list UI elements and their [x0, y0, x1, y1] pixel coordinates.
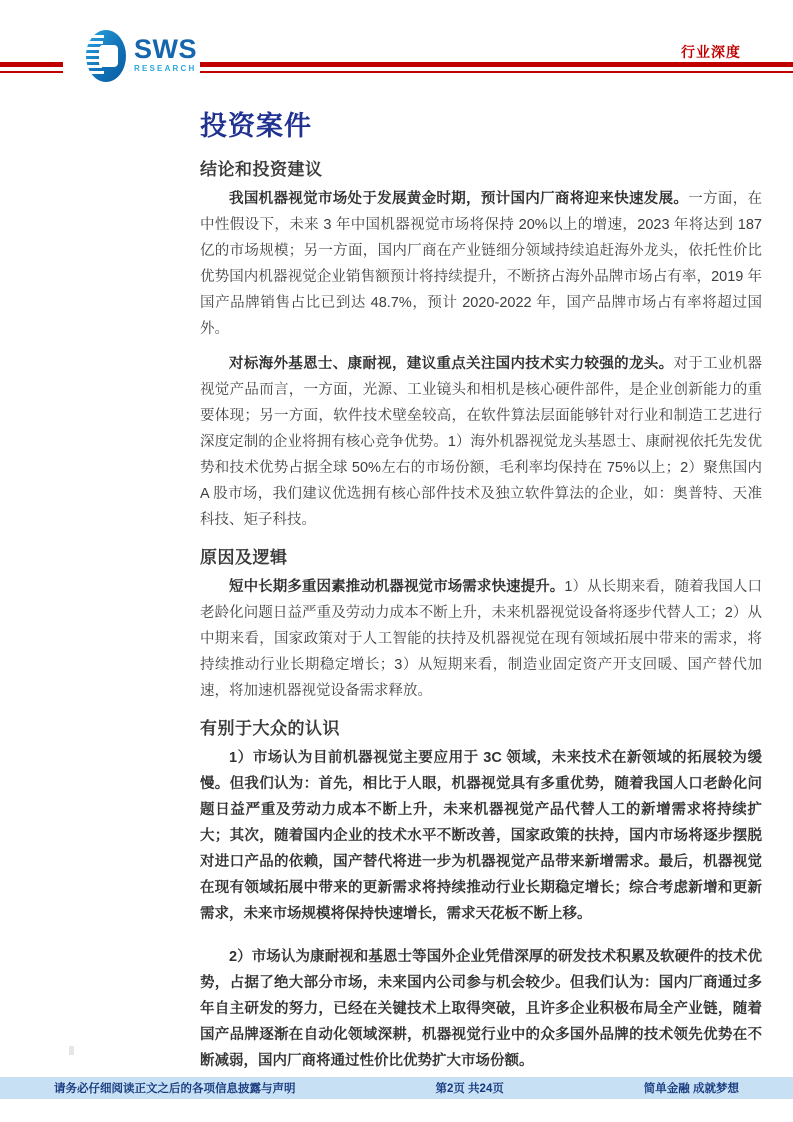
sws-logo: SWS RESEARCH — [84, 28, 197, 84]
report-page: SWS RESEARCH 行业深度 投资案件 结论和投资建议 我国机器视觉市场处… — [0, 0, 793, 1122]
logo-wordmark: SWS RESEARCH — [134, 36, 197, 73]
paragraph-text: 对于工业机器视觉产品而言，一方面，光源、工业镜头和相机是核心硬件部件，是企业创新… — [200, 356, 762, 528]
paragraph-demand-drivers: 短中长期多重因素推动机器视觉市场需求快速提升。1）从长期来看，随着我国人口老龄化… — [200, 574, 762, 704]
section-heading-reasons: 原因及逻辑 — [200, 543, 762, 568]
report-body: 投资案件 结论和投资建议 我国机器视觉市场处于发展黄金时期，预计国内厂商将迎来快… — [200, 104, 762, 1083]
paragraph-view-1: 1）市场认为目前机器视觉主要应用于 3C 领域，未来技术在新领域的拓展较为缓慢。… — [200, 745, 762, 927]
footer-bar: 请务必仔细阅读正文之后的各项信息披露与声明 第2页 共24页 简单金融 成就梦想 — [0, 1077, 793, 1099]
paragraph-market-outlook: 我国机器视觉市场处于发展黄金时期，预计国内厂商将迎来快速发展。一方面，在中性假设… — [200, 186, 762, 342]
section-heading-conclusion: 结论和投资建议 — [200, 155, 762, 180]
paragraph-text: 一方面，在中性假设下，未来 3 年中国机器视觉市场将保持 20%以上的增速，20… — [200, 191, 762, 337]
footer-slogan: 简单金融 成就梦想 — [644, 1080, 739, 1096]
footer-disclaimer: 请务必仔细阅读正文之后的各项信息披露与声明 — [54, 1080, 296, 1096]
header-rule-thick — [0, 62, 63, 67]
paragraph-lead: 短中长期多重因素推动机器视觉市场需求快速提升。 — [229, 579, 564, 595]
sws-globe-icon — [84, 28, 128, 84]
report-category-label: 行业深度 — [681, 42, 741, 62]
section-heading-differentiated-view: 有别于大众的认识 — [200, 714, 762, 739]
header-rule-thin — [200, 71, 793, 73]
footer-page-indicator: 第2页 共24页 — [435, 1080, 503, 1096]
paragraph-lead: 我国机器视觉市场处于发展黄金时期，预计国内厂商将迎来快速发展。 — [229, 191, 688, 207]
paragraph-lead: 对标海外基恩士、康耐视，建议重点关注国内技术实力较强的龙头。 — [229, 356, 673, 372]
stray-print-mark — [69, 1046, 74, 1055]
header-rule-thick — [200, 62, 793, 67]
header-rule-left — [0, 62, 63, 73]
paragraph-benchmark-leaders: 对标海外基恩士、康耐视，建议重点关注国内技术实力较强的龙头。对于工业机器视觉产品… — [200, 351, 762, 533]
paragraph-text: 1）从长期来看，随着我国人口老龄化问题日益严重及劳动力成本不断上升，未来机器视觉… — [200, 579, 762, 699]
page-title: 投资案件 — [200, 104, 762, 143]
header-rule-thin — [0, 71, 63, 73]
header-rule-right — [200, 62, 793, 73]
logo-sws-text: SWS — [134, 36, 197, 63]
logo-research-text: RESEARCH — [134, 65, 197, 73]
paragraph-view-2: 2）市场认为康耐视和基恩士等国外企业凭借深厚的研发技术积累及软硬件的技术优势，占… — [200, 944, 762, 1074]
